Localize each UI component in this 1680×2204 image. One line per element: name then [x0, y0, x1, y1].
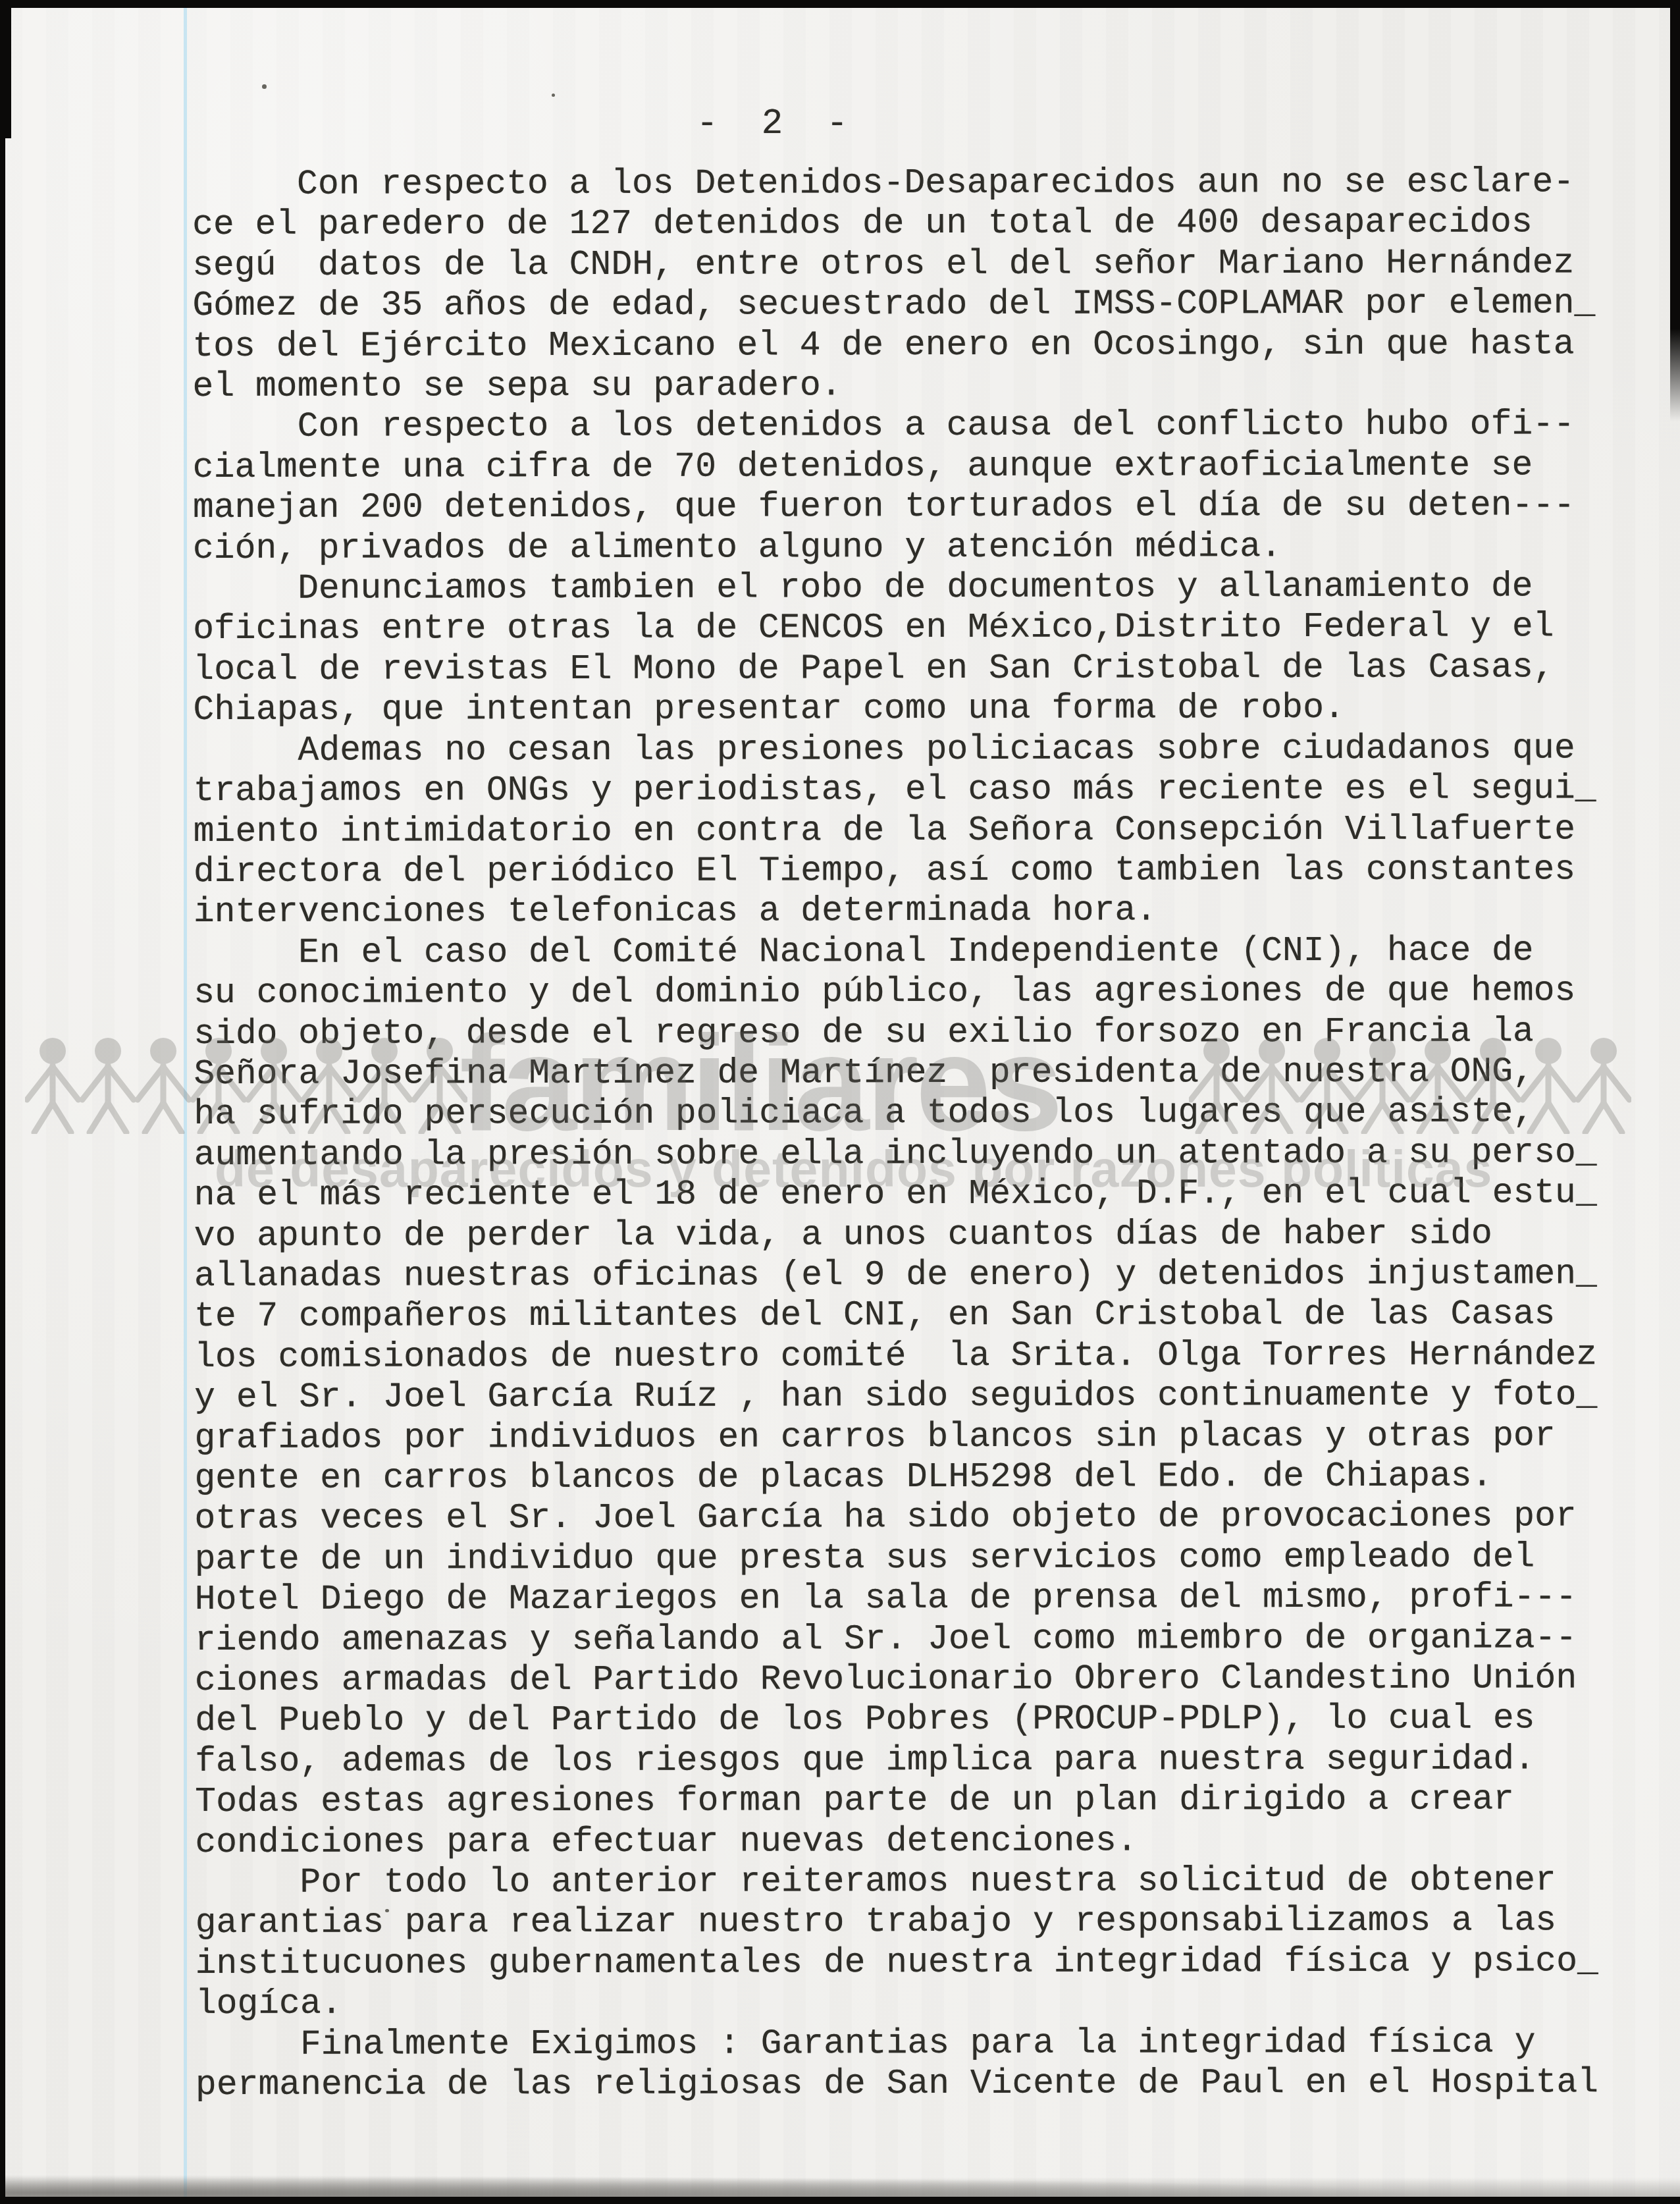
text-line: logíca. [196, 1982, 1598, 2025]
text-line: Ademas no cesan las presiones policiacas… [194, 728, 1596, 771]
text-line: allanadas nuestras oficinas (el 9 de ene… [194, 1254, 1597, 1297]
text-line: Denunciamos tambien el robo de documento… [193, 566, 1596, 609]
text-line: del Pueblo y del Partido de los Pobres (… [195, 1699, 1598, 1742]
text-line: falso, ademas de los riesgos que implica… [195, 1739, 1598, 1782]
text-line: na el más reciente el 18 de enero en Méx… [194, 1173, 1597, 1216]
text-line: Con respecto a los Detenidos-Desaparecid… [192, 162, 1595, 205]
text-line: aumentando la presión sobre ella incluye… [194, 1133, 1597, 1175]
typewritten-text-block: Con respecto a los Detenidos-Desaparecid… [192, 162, 1598, 2105]
text-line: ciones armadas del Partido Revolucionari… [195, 1658, 1598, 1701]
text-line: local de revistas El Mono de Papel en Sa… [193, 647, 1596, 690]
text-line: ción, privados de alimento alguno y aten… [193, 526, 1596, 569]
text-line: trabajamos en ONGs y periodistas, el cas… [194, 768, 1596, 811]
text-line: directora del periódico El Tiempo, así c… [194, 849, 1596, 892]
text-line: los comisionados de nuestro comité la Sr… [194, 1335, 1597, 1378]
scan-edge-left [0, 0, 5, 2204]
text-line: En el caso del Comité Nacional Independi… [194, 930, 1596, 973]
text-line: Hotel Diego de Mazariegos en la sala de … [195, 1577, 1598, 1620]
text-line: ce el paredero de 127 detenidos de un to… [192, 203, 1595, 246]
scan-edge-top [0, 0, 1680, 8]
text-line: otras veces el Sr. Joel García ha sido o… [195, 1497, 1598, 1540]
text-line: parte de un individuo que presta sus ser… [195, 1537, 1598, 1580]
text-line: grafiados por individuos en carros blanc… [194, 1416, 1597, 1459]
scan-speck [262, 84, 267, 89]
notebook-margin-line [184, 0, 187, 2204]
text-line: el momento se sepa su paradero. [193, 364, 1596, 407]
scan-edge-right [1670, 0, 1680, 421]
text-line: Con respecto a los detenidos a causa del… [193, 405, 1596, 448]
text-line: sido objeto, desde el regreso de su exil… [194, 1011, 1596, 1054]
text-line: segú datos de la CNDH, entre otros el de… [192, 243, 1595, 286]
text-line: permanencia de las religiosas de San Vic… [196, 2062, 1598, 2105]
text-line: manejan 200 detenidos, que fueron tortur… [193, 486, 1596, 529]
text-line: oficinas entre otras la de CENCOS en Méx… [193, 607, 1596, 650]
text-line: Chiapas, que intentan presentar como una… [193, 688, 1596, 731]
text-line: riendo amenazas y señalando al Sr. Joel … [195, 1618, 1598, 1661]
text-line: garantias para realizar nuestro trabajo … [196, 1901, 1598, 1944]
text-line: vo apunto de perder la vida, a unos cuan… [194, 1214, 1597, 1256]
scan-speck [385, 1909, 389, 1912]
text-line: ha sufrido persecución policiaca a todos… [194, 1092, 1596, 1135]
text-line: tos del Ejército Mexicano el 4 de enero … [192, 324, 1595, 367]
scanned-document-page: - 2 - Con respecto a los Detenidos-Desap… [0, 0, 1680, 2204]
text-line: intervenciones telefonicas a determinada… [194, 890, 1596, 933]
text-line: Señora Josefina Martínez de Martínez pre… [194, 1052, 1596, 1094]
text-line: condiciones para efectuar nuevas detenci… [195, 1820, 1598, 1863]
text-line: su conocimiento y del dominio público, l… [194, 971, 1596, 1013]
page-number: - 2 - [696, 104, 859, 144]
text-line: Gómez de 35 años de edad, secuestrado de… [192, 283, 1595, 326]
scan-bottom-shadow [0, 2172, 1680, 2198]
text-line: Por todo lo anterior reiteramos nuestra … [196, 1860, 1598, 1903]
text-line: Todas estas agresiones forman parte de u… [195, 1780, 1598, 1823]
text-line: miento intimidatorio en contra de la Señ… [194, 809, 1596, 852]
scan-edge-bottom [0, 2197, 1680, 2204]
scan-edge-left-corner [0, 0, 11, 138]
text-line: y el Sr. Joel García Ruíz , han sido seg… [194, 1375, 1597, 1418]
text-line: cialmente una cifra de 70 detenidos, aun… [193, 445, 1596, 488]
text-line: gente en carros blancos de placas DLH529… [194, 1456, 1597, 1499]
text-line: Finalmente Exigimos : Garantias para la … [196, 2022, 1598, 2065]
scan-speck [552, 94, 555, 97]
text-line: te 7 compañeros militantes del CNI, en S… [194, 1295, 1597, 1337]
text-line: institucuones gubernamentales de nuestra… [196, 1941, 1598, 1984]
